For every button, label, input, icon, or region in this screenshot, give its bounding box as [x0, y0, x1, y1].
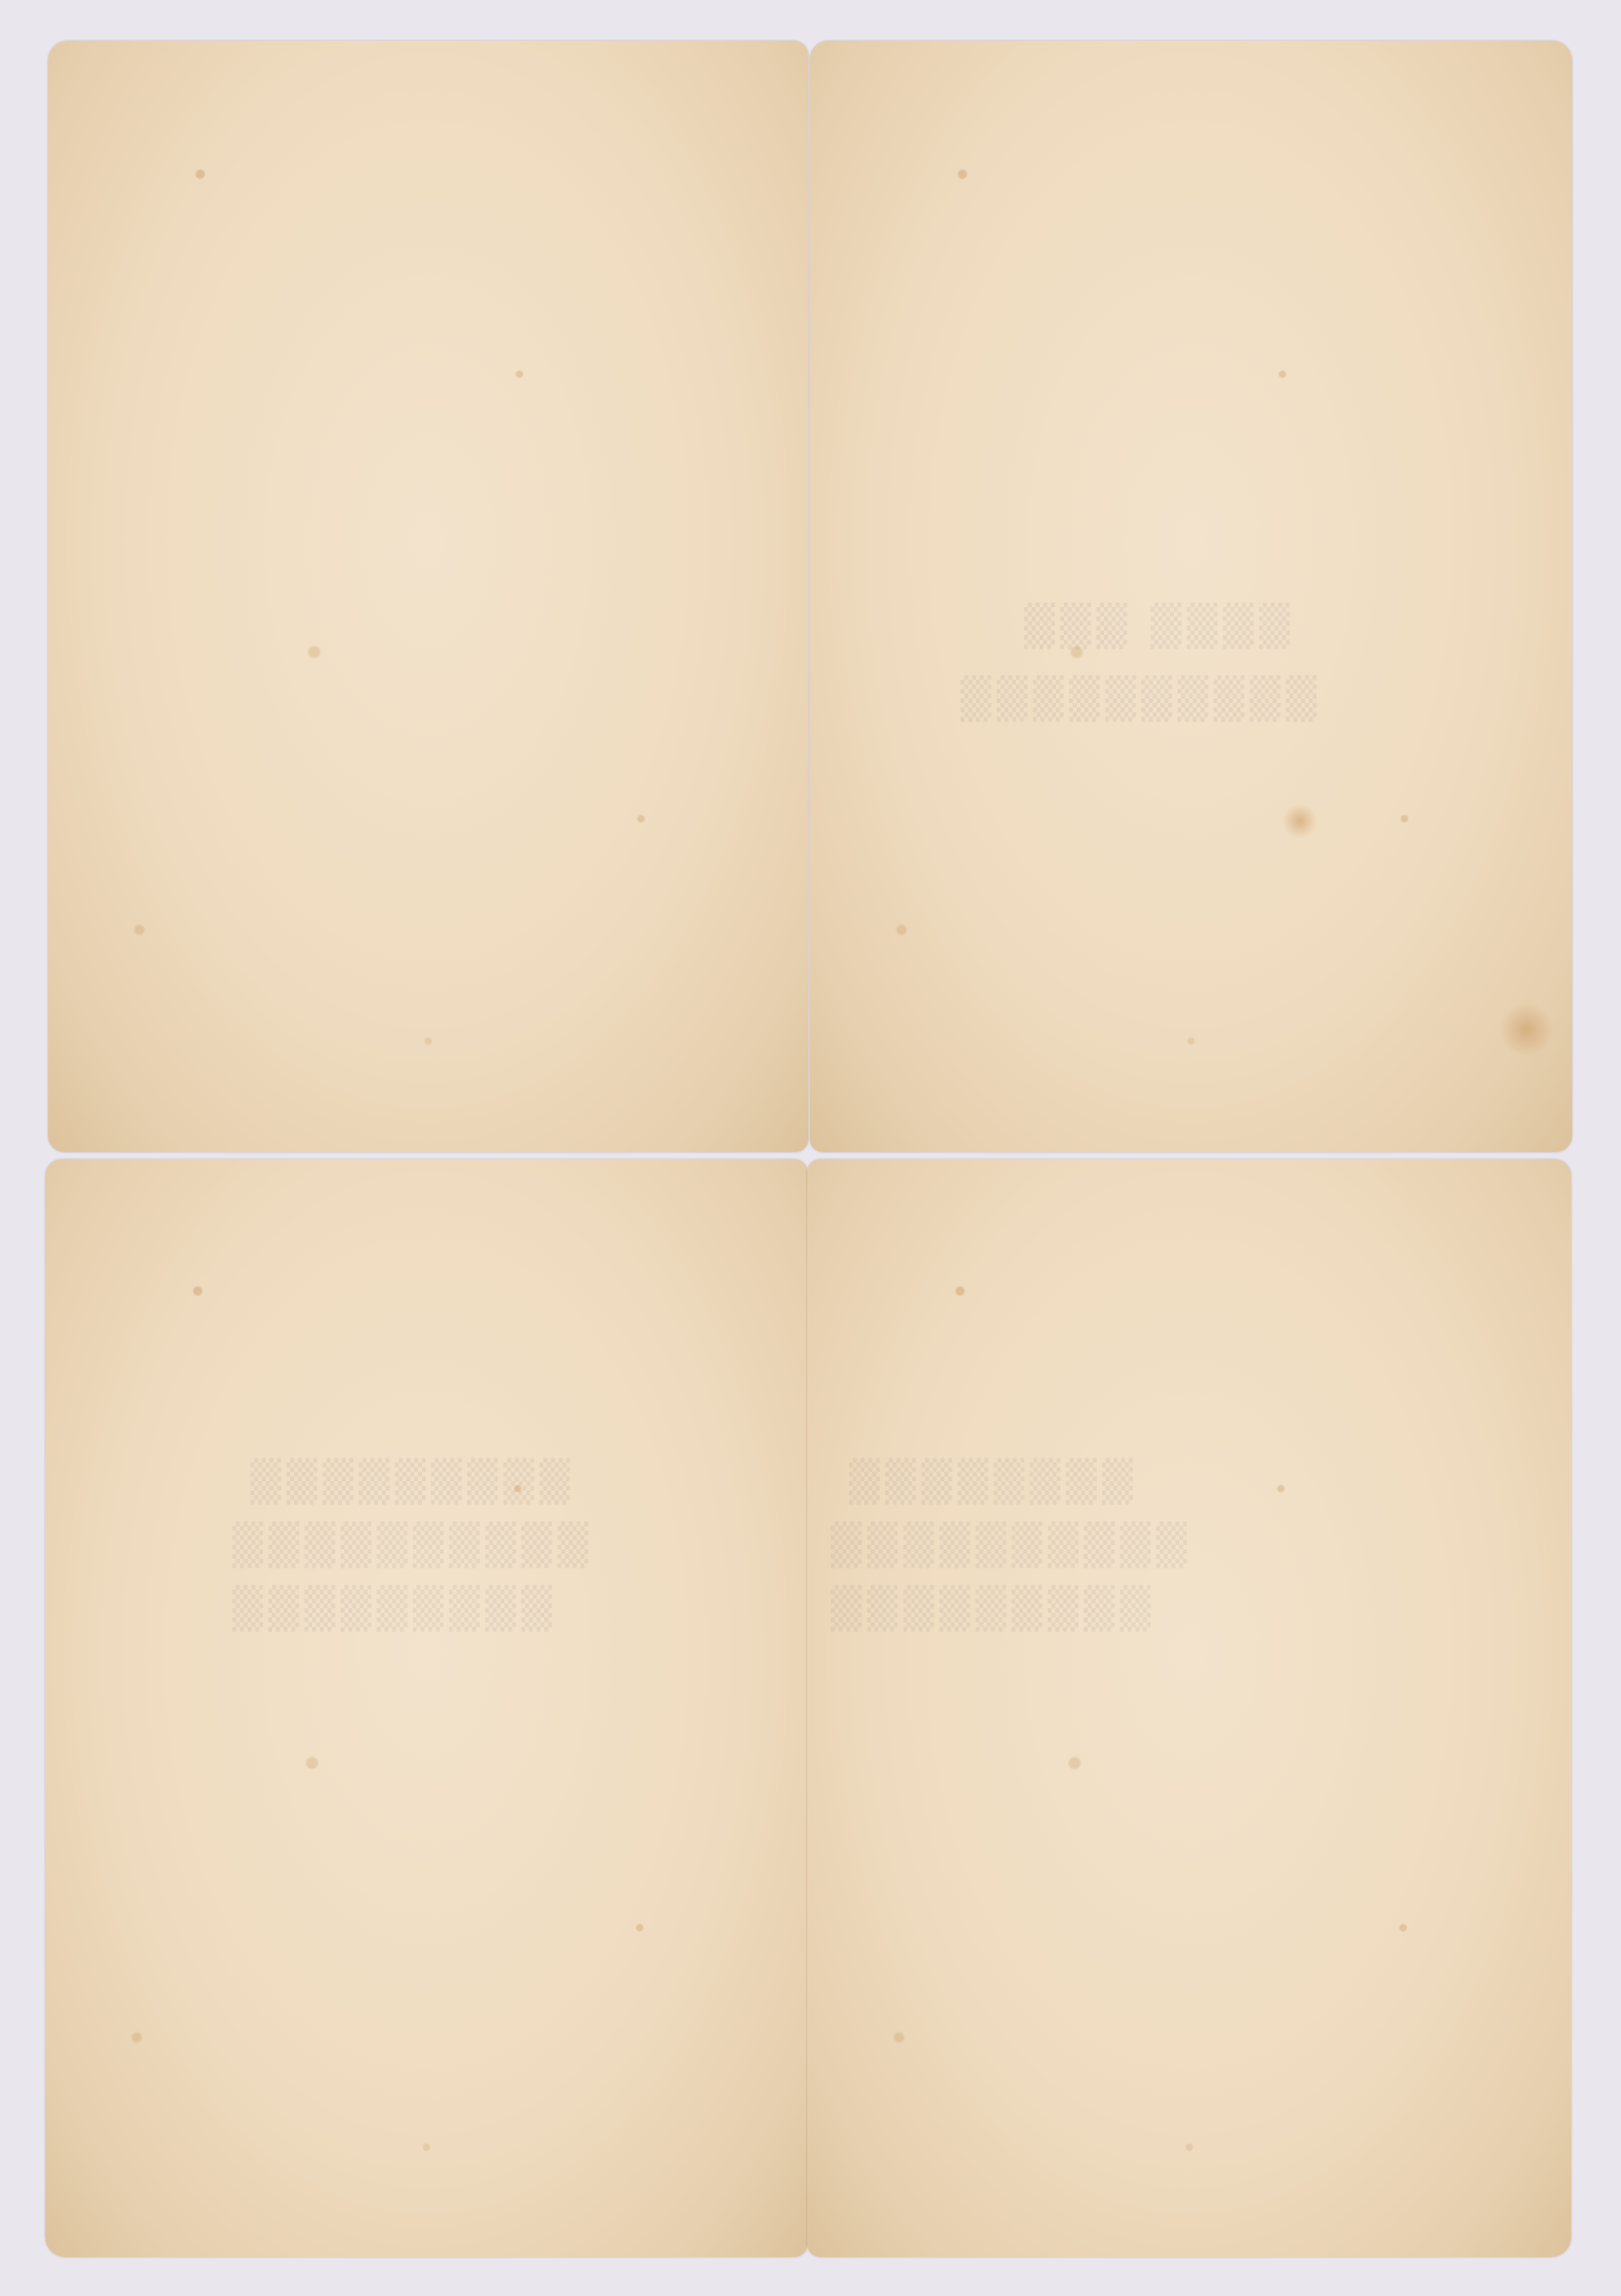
folded-card: ▒▒▒▒ ▒▒▒ ▒▒▒▒▒▒▒▒▒▒ ▒▒▒▒▒▒▒▒▒ ▒▒▒▒▒▒▒▒▒▒…: [0, 0, 1621, 2296]
panel-top-right: ▒▒▒▒ ▒▒▒ ▒▒▒▒▒▒▒▒▒▒: [810, 41, 1572, 1152]
show-through-text: ▒▒▒▒▒▒▒▒▒: [227, 1586, 552, 1632]
show-through-text: ▒▒▒▒▒▒▒▒▒: [245, 1459, 571, 1505]
show-through-text: ▒▒▒▒ ▒▒▒: [1019, 603, 1290, 650]
panel-bottom-left: ▒▒▒▒▒▒▒▒▒ ▒▒▒▒▒▒▒▒▒▒ ▒▒▒▒▒▒▒▒▒: [45, 1159, 807, 2257]
show-through-text: ▒▒▒▒▒▒▒▒▒: [825, 1586, 1151, 1632]
panel-top-left: [48, 41, 808, 1152]
stain: [1282, 803, 1318, 839]
show-through-text: ▒▒▒▒▒▒▒▒: [844, 1459, 1133, 1505]
show-through-text: ▒▒▒▒▒▒▒▒▒▒: [227, 1522, 588, 1568]
show-through-text: ▒▒▒▒▒▒▒▒▒▒: [825, 1522, 1186, 1568]
show-through-text: ▒▒▒▒▒▒▒▒▒▒: [955, 676, 1316, 722]
panel-bottom-right: ▒▒▒▒▒▒▒▒ ▒▒▒▒▒▒▒▒▒▒ ▒▒▒▒▒▒▒▒▒: [807, 1159, 1571, 2257]
stain: [1499, 1002, 1554, 1057]
